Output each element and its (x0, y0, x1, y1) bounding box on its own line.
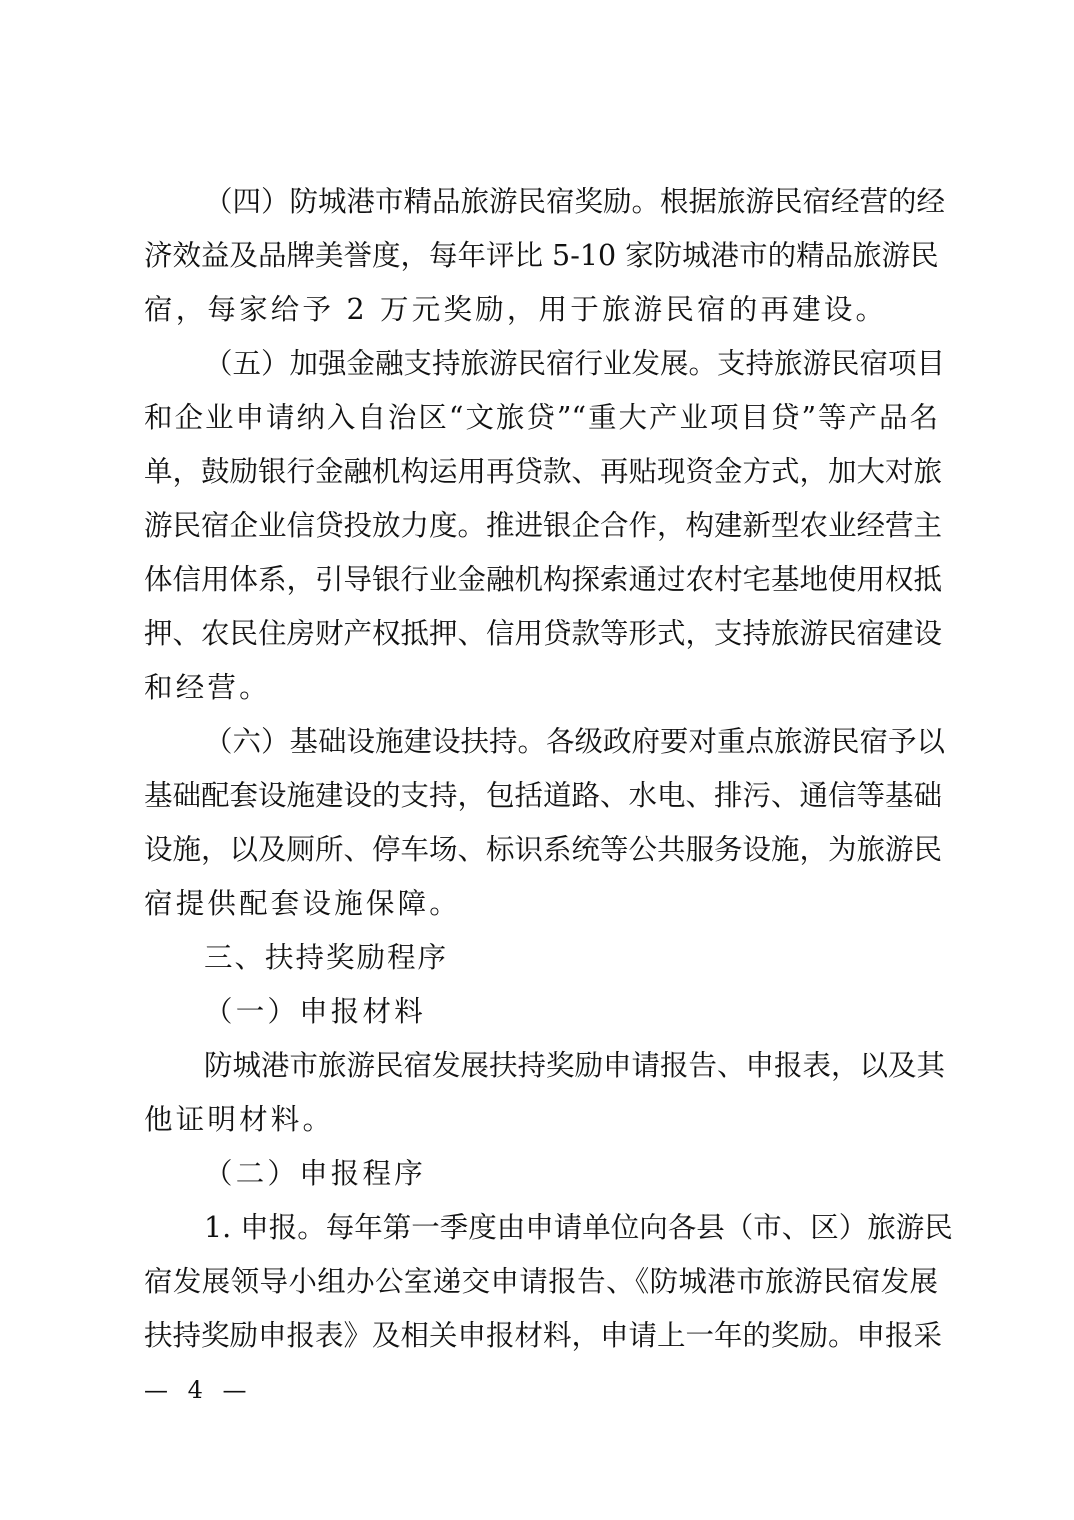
text-line: 他证明材料。 (144, 1103, 938, 1137)
page-number: — 4 — (144, 1376, 253, 1404)
text-line: （五）加强金融支持旅游民宿行业发展。支持旅游民宿项目 (204, 347, 938, 381)
text-line: 济效益及品牌美誉度，每年评比 5-10 家防城港市的精品旅游民 (144, 239, 938, 273)
text-line: （六）基础设施建设扶持。各级政府要对重点旅游民宿予以 (204, 725, 938, 759)
text-line: （四）防城港市精品旅游民宿奖励。根据旅游民宿经营的经 (204, 185, 938, 219)
text-line: 单，鼓励银行金融机构运用再贷款、再贴现资金方式，加大对旅 (144, 455, 938, 489)
text-line: 宿发展领导小组办公室递交申请报告、《防城港市旅游民宿发展 (144, 1265, 938, 1299)
text-line: 设施，以及厕所、停车场、标识系统等公共服务设施，为旅游民 (144, 833, 938, 867)
text-line: 防城港市旅游民宿发展扶持奖励申请报告、申报表，以及其 (204, 1049, 938, 1083)
text-line: 体信用体系，引导银行业金融机构探索通过农村宅基地使用权抵 (144, 563, 938, 597)
text-line: （二）申报程序 (204, 1157, 938, 1191)
text-line: 游民宿企业信贷投放力度。推进银企合作，构建新型农业经营主 (144, 509, 938, 543)
section-heading: 三、扶持奖励程序 (204, 941, 938, 975)
text-line: 和企业申请纳入自治区“文旅贷”“重大产业项目贷”等产品名 (144, 401, 938, 435)
text-line: （一）申报材料 (204, 995, 938, 1029)
text-line: 宿提供配套设施保障。 (144, 887, 938, 921)
text-line: 宿，每家给予 2 万元奖励，用于旅游民宿的再建设。 (144, 293, 938, 327)
text-line: 押、农民住房财产权抵押、信用贷款等形式，支持旅游民宿建设 (144, 617, 938, 651)
text-line: 扶持奖励申报表》及相关申报材料，申请上一年的奖励。申报采 (144, 1319, 938, 1353)
text-line: 基础配套设施建设的支持，包括道路、水电、排污、通信等基础 (144, 779, 938, 813)
text-line: 1. 申报。每年第一季度由申请单位向各县（市、区）旅游民 (204, 1211, 938, 1245)
text-line: 和经营。 (144, 671, 938, 705)
document-page: （四）防城港市精品旅游民宿奖励。根据旅游民宿经营的经济效益及品牌美誉度，每年评比… (0, 0, 1074, 1520)
